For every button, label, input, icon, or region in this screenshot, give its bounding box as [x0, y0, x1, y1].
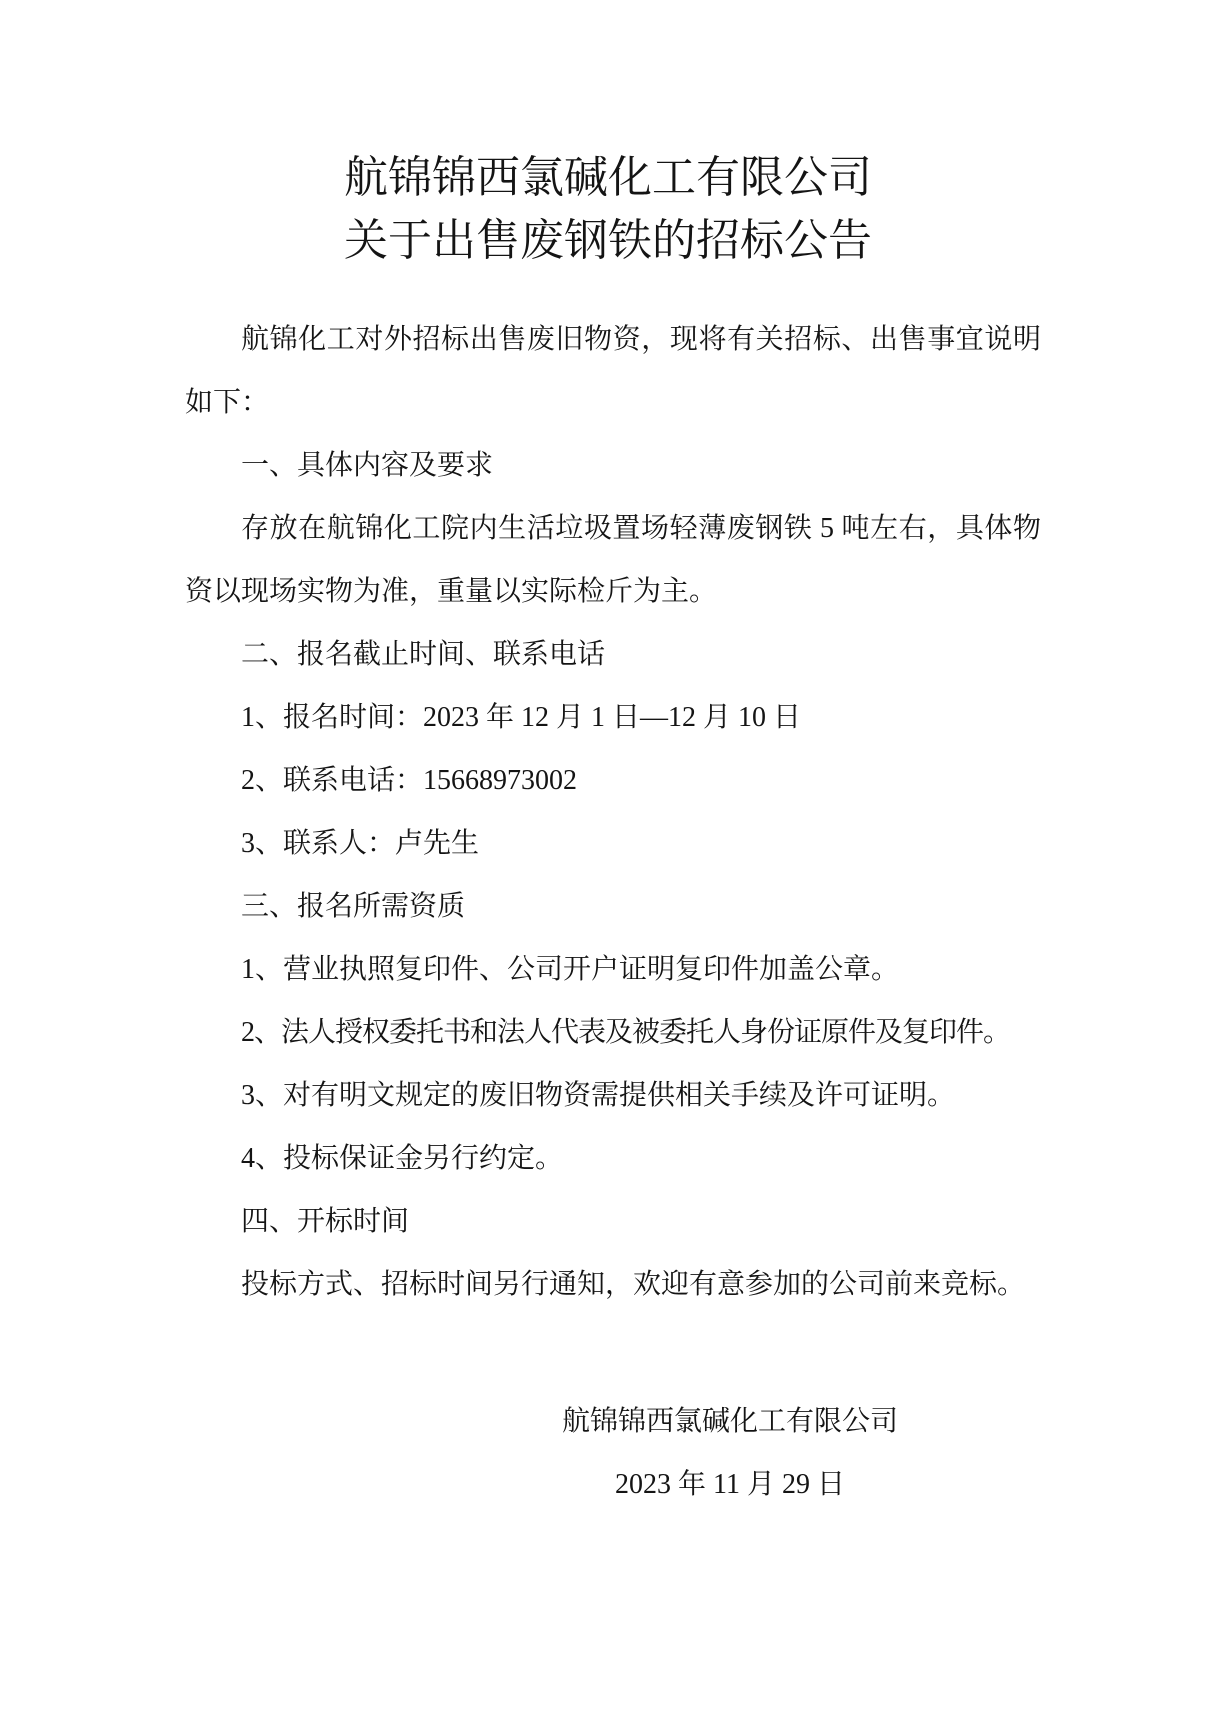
document-title: 航锦锦西氯碱化工有限公司 关于出售废钢铁的招标公告 — [0, 0, 1216, 272]
qualification-item-4: 4、投标保证金另行约定。 — [185, 1127, 1041, 1190]
document-page: 航锦锦西氯碱化工有限公司 关于出售废钢铁的招标公告 航锦化工对外招标出售废旧物资… — [0, 0, 1216, 1719]
section-4-heading: 四、开标时间 — [185, 1190, 1041, 1253]
qualification-item-1: 1、营业执照复印件、公司开户证明复印件加盖公章。 — [185, 938, 1041, 1001]
item-application-period: 1、报名时间：2023 年 12 月 1 日—12 月 10 日 — [185, 686, 1041, 749]
section-3-heading: 三、报名所需资质 — [185, 875, 1041, 938]
signature-date: 2023 年 11 月 29 日 — [244, 1453, 1216, 1516]
section-1-heading: 一、具体内容及要求 — [185, 434, 1041, 497]
title-announcement-subject: 关于出售废钢铁的招标公告 — [0, 209, 1216, 272]
section-4-content: 投标方式、招标时间另行通知，欢迎有意参加的公司前来竞标。 — [185, 1253, 1041, 1316]
qualification-item-3: 3、对有明文规定的废旧物资需提供相关手续及许可证明。 — [185, 1064, 1041, 1127]
intro-paragraph: 航锦化工对外招标出售废旧物资，现将有关招标、出售事宜说明如下： — [185, 308, 1041, 434]
item-contact-person: 3、联系人：卢先生 — [185, 812, 1041, 875]
qualification-item-2: 2、法人授权委托书和法人代表及被委托人身份证原件及复印件。 — [185, 1001, 1041, 1064]
signature-block: 航锦锦西氯碱化工有限公司 2023 年 11 月 29 日 — [244, 1390, 1216, 1516]
item-contact-phone: 2、联系电话：15668973002 — [185, 749, 1041, 812]
title-company-name: 航锦锦西氯碱化工有限公司 — [0, 146, 1216, 209]
document-body: 航锦化工对外招标出售废旧物资，现将有关招标、出售事宜说明如下： 一、具体内容及要… — [185, 308, 1041, 1316]
signature-company: 航锦锦西氯碱化工有限公司 — [244, 1390, 1216, 1453]
section-1-content: 存放在航锦化工院内生活垃圾置场轻薄废钢铁 5 吨左右，具体物资以现场实物为准，重… — [185, 497, 1041, 623]
section-2-heading: 二、报名截止时间、联系电话 — [185, 623, 1041, 686]
